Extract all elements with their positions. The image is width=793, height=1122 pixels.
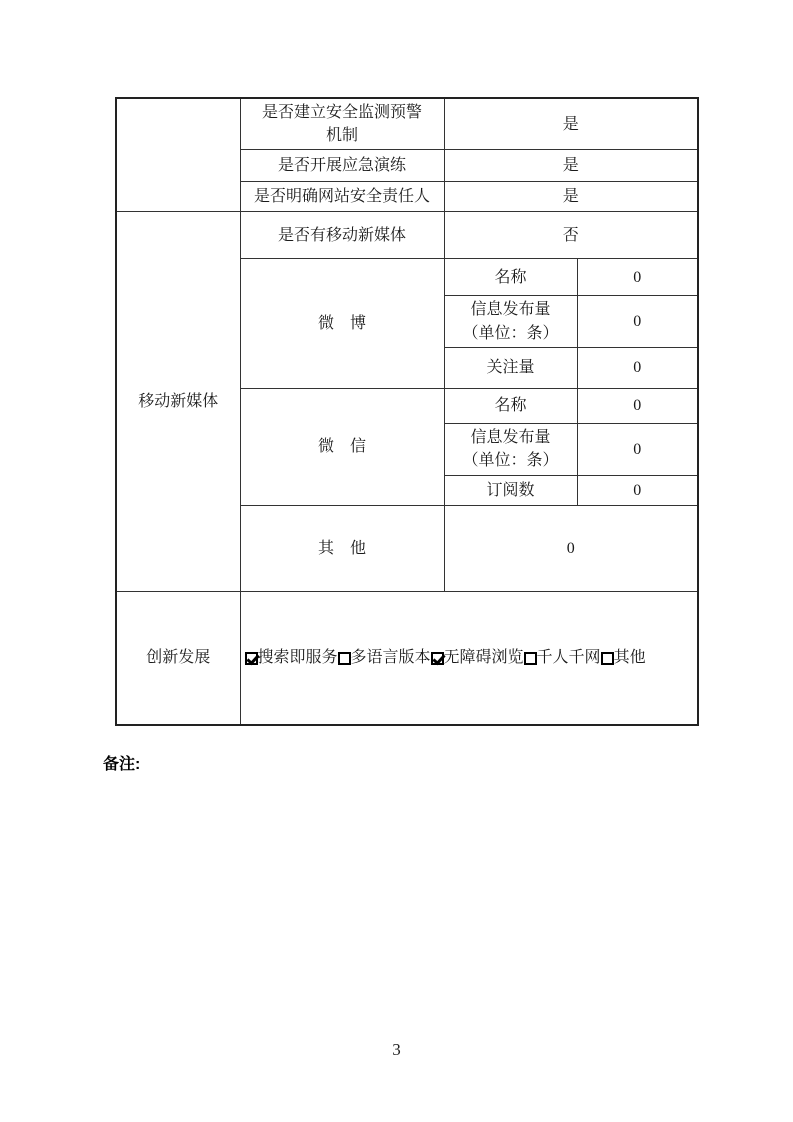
weixin-label: 微 信 (240, 388, 444, 505)
weixin-subscribers-label: 订阅数 (444, 475, 577, 505)
document-page: 是否建立安全监测预警 机制 是 是否开展应急演练 是 是否明确网站安全责任人 是… (0, 0, 793, 1122)
option-personalized: 千人千网 (524, 650, 601, 666)
security-monitor-label: 是否建立安全监测预警 机制 (240, 98, 444, 150)
weibo-name-value: 0 (577, 259, 698, 296)
other-media-value: 0 (444, 505, 698, 591)
option-multilingual-label: 多语言版本 (351, 650, 431, 666)
category-innovation: 创新发展 (116, 591, 240, 725)
checkbox-other-icon (601, 652, 614, 665)
weixin-name-value: 0 (577, 388, 698, 423)
security-monitor-value: 是 (444, 98, 698, 150)
security-officer-value: 是 (444, 182, 698, 212)
has-mobile-media-label: 是否有移动新媒体 (240, 212, 444, 259)
other-media-label: 其 他 (240, 505, 444, 591)
weixin-posts-label: 信息发布量 （单位：条） (444, 423, 577, 475)
option-search-service-label: 搜索即服务 (258, 650, 338, 666)
weibo-posts-value: 0 (577, 296, 698, 347)
category-cell-blank (116, 98, 240, 212)
checkbox-personalized-icon (524, 652, 537, 665)
checkbox-multilingual-icon (338, 652, 351, 665)
report-table: 是否建立安全监测预警 机制 是 是否开展应急演练 是 是否明确网站安全责任人 是… (115, 97, 699, 726)
weibo-followers-label: 关注量 (444, 347, 577, 388)
option-accessibility-label: 无障碍浏览 (444, 650, 524, 666)
option-personalized-label: 千人千网 (537, 650, 601, 666)
option-other: 其他 (601, 650, 646, 666)
innovation-options-cell: 搜索即服务 多语言版本 无障碍浏览 千人千网 (240, 591, 698, 725)
security-officer-label: 是否明确网站安全责任人 (240, 182, 444, 212)
option-accessibility: 无障碍浏览 (431, 650, 524, 666)
remarks-label: 备注: (103, 751, 140, 774)
option-multilingual: 多语言版本 (338, 650, 431, 666)
weixin-name-label: 名称 (444, 388, 577, 423)
checkbox-accessibility-icon (431, 652, 444, 665)
category-mobile-media: 移动新媒体 (116, 212, 240, 591)
option-other-label: 其他 (614, 650, 646, 666)
weibo-followers-value: 0 (577, 347, 698, 388)
option-search-service: 搜索即服务 (245, 650, 338, 666)
innovation-options-line: 搜索即服务 多语言版本 无障碍浏览 千人千网 (245, 650, 694, 666)
weibo-posts-label: 信息发布量 （单位：条） (444, 296, 577, 347)
page-number: 3 (0, 1040, 793, 1060)
emergency-drill-label: 是否开展应急演练 (240, 150, 444, 182)
weixin-subscribers-value: 0 (577, 475, 698, 505)
checkbox-search-service-icon (245, 652, 258, 665)
weibo-label: 微 博 (240, 259, 444, 388)
has-mobile-media-value: 否 (444, 212, 698, 259)
emergency-drill-value: 是 (444, 150, 698, 182)
weibo-name-label: 名称 (444, 259, 577, 296)
weixin-posts-value: 0 (577, 423, 698, 475)
